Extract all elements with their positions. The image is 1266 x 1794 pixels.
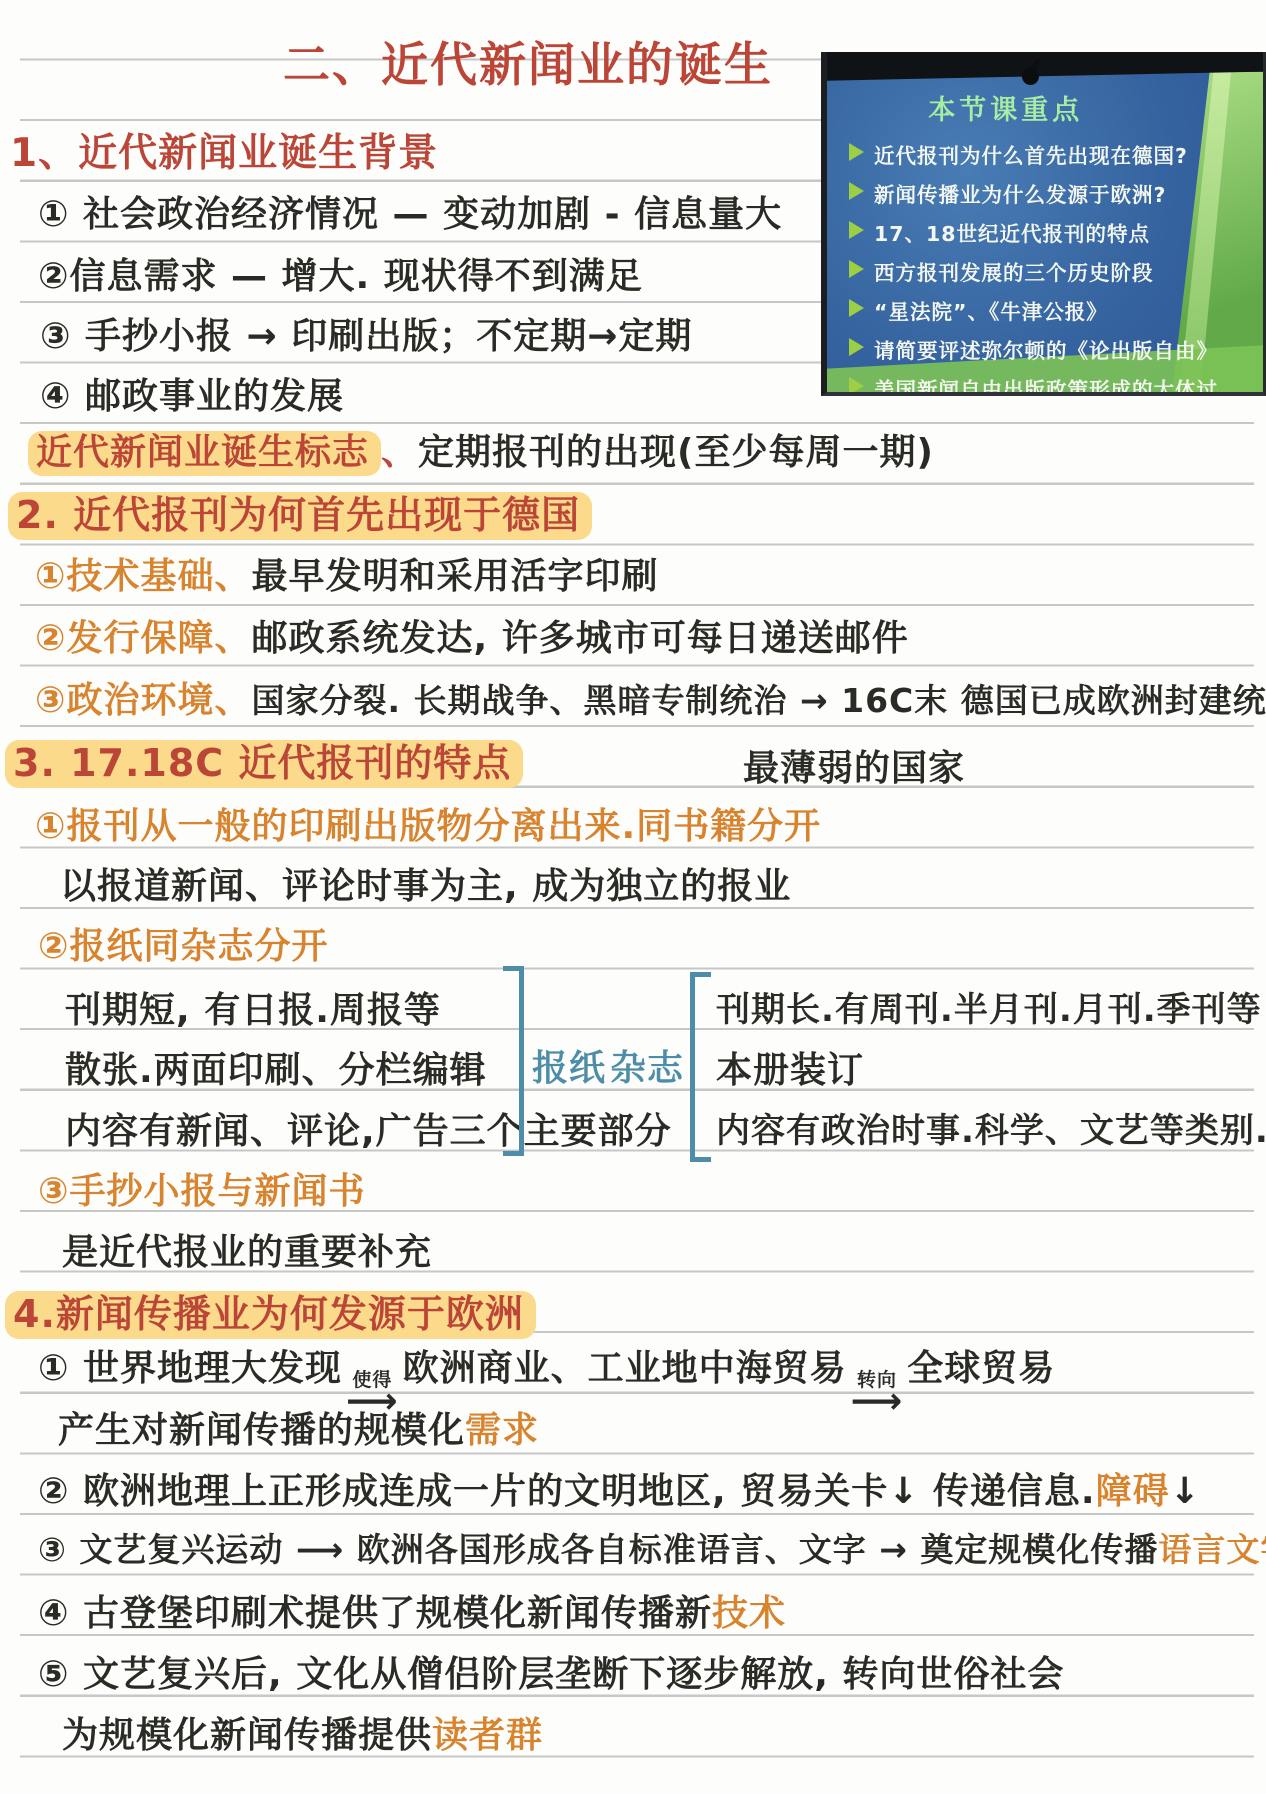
- bullet-triangle-icon: [849, 143, 864, 161]
- lesson-slide-photo: 本节课重点 近代报刊为什么首先出现在德国? 新闻传播业为什么发源于欧洲? 17、…: [821, 52, 1266, 396]
- magazine-row-1: 刊期长.有周刊.半月刊.月刊.季刊等: [716, 982, 1262, 1031]
- section-4-heading: 4.新闻传播业为何发源于欧洲: [5, 1283, 536, 1338]
- bullet-triangle-icon: [849, 182, 864, 200]
- s1-mark-text: 定期报刊的出现(至少每周一期): [418, 432, 934, 473]
- s2-item-2-label: ②发行保障、: [35, 618, 251, 659]
- s4-item-1-end: 全球贸易: [907, 1348, 1055, 1389]
- bullet-triangle-icon: [849, 299, 864, 317]
- s4-item-4: ④ 古登堡印刷术提供了规模化新闻传播新技术: [38, 1585, 786, 1636]
- projector-screen-top-bar: [821, 52, 1266, 81]
- s4-item-1-pre: ① 世界地理大发现: [38, 1348, 342, 1389]
- s1-mark-label: 近代新闻业诞生标志: [28, 431, 381, 476]
- s4-item-2-text: ② 欧洲地理上正形成连成一片的文明地区, 贸易关卡↓ 传递信息.: [38, 1471, 1096, 1512]
- magazine-bracket: [690, 972, 711, 1162]
- arrow-shift-to: 转向⟶: [851, 1371, 904, 1414]
- s4-item-1-sub-text: 产生对新闻传播的规模化: [58, 1410, 465, 1451]
- section-1-heading: 1、近代新闻业诞生背景: [10, 122, 438, 178]
- s1-mark-sep: 、: [381, 432, 418, 473]
- page-title: 二、近代新闻业的诞生: [283, 28, 773, 95]
- slide-bullet-text: 近代报刊为什么首先出现在德国?: [874, 139, 1188, 169]
- s3-item-1-sub: 以报道新闻、评论时事为主, 成为独立的报业: [60, 858, 791, 909]
- slide-bullet: 近代报刊为什么首先出现在德国?: [849, 139, 1239, 169]
- s3-item-3-sub: 是近代报业的重要补充: [62, 1224, 432, 1275]
- notes-page: 二、近代新闻业的诞生 1、近代新闻业诞生背景 ① 社会政治经济情况 — 变动加剧…: [0, 0, 1266, 1794]
- s4-item-1-mid: 欧洲商业、工业地中海贸易: [403, 1348, 847, 1389]
- s4-item-5-sub-emphasis: 读者群: [432, 1715, 543, 1756]
- slide-bullet: 17、18世纪近代报刊的特点: [849, 217, 1239, 247]
- s1-mark-line: 近代新闻业诞生标志、定期报刊的出现(至少每周一期): [28, 424, 934, 475]
- section-2-heading: 2. 近代报刊为何首先出现于德国: [8, 484, 592, 539]
- slide-bullet-text: 请简要评述弥尔顿的《论出版自由》: [874, 334, 1218, 364]
- s3-item-1: ①报刊从一般的印刷出版物分离出来.同书籍分开: [35, 798, 821, 849]
- s4-item-5-sub-text: 为规模化新闻传播提供: [62, 1715, 432, 1756]
- s3-item-2: ②报纸同杂志分开: [38, 918, 328, 969]
- s4-item-1-sub: 产生对新闻传播的规模化需求: [58, 1402, 539, 1453]
- s1-item-4: ④ 邮政事业的发展: [40, 368, 344, 419]
- s4-item-2-emphasis: 障碍: [1096, 1471, 1170, 1512]
- newspaper-row-3: 内容有新闻、评论,广告三个主要部分: [65, 1103, 672, 1154]
- bullet-triangle-icon: [849, 221, 864, 239]
- s4-item-2-tail: ↓: [1170, 1471, 1201, 1512]
- s2-item-3: ③政治环境、国家分裂. 长期战争、黑暗专制统治 → 16C末 德国已成欧洲封建统…: [35, 672, 1266, 723]
- slide-bullet: 美国新闻自由出版政策形成的大体过程: [849, 373, 1239, 396]
- s4-item-1-sub-emphasis: 需求: [465, 1410, 539, 1451]
- s2-item-1-text: 最早发明和采用活字印刷: [251, 556, 658, 597]
- magazine-row-2: 本册装订: [716, 1042, 864, 1093]
- s2-item-3-continuation: 最薄弱的国家: [743, 740, 965, 791]
- s4-item-3-emphasis: 语言文字基础: [1158, 1530, 1266, 1569]
- s4-item-5-sub: 为规模化新闻传播提供读者群: [62, 1707, 543, 1758]
- slide-bullet-text: 西方报刊发展的三个历史阶段: [874, 256, 1154, 286]
- bullet-triangle-icon: [849, 377, 864, 395]
- slide-bullet: 请简要评述弥尔顿的《论出版自由》: [849, 334, 1239, 364]
- s2-item-3-text: 国家分裂. 长期战争、黑暗专制统治 → 16C末 德国已成欧洲封建统治势力: [251, 681, 1266, 720]
- s4-item-2: ② 欧洲地理上正形成连成一片的文明地区, 贸易关卡↓ 传递信息.障碍↓: [38, 1463, 1201, 1514]
- s2-item-2: ②发行保障、邮政系统发达, 许多城市可每日递送邮件: [35, 610, 909, 661]
- section-3-heading: 3. 17.18C 近代报刊的特点: [5, 732, 523, 787]
- slide-bullet-text: 17、18世纪近代报刊的特点: [874, 217, 1150, 247]
- newspaper-row-2: 散张.两面印刷、分栏编辑: [65, 1042, 487, 1093]
- bullet-triangle-icon: [849, 260, 864, 278]
- arrow-right-icon: ⟶: [851, 1390, 904, 1414]
- newspaper-bracket: [503, 966, 524, 1156]
- s3-item-3: ③手抄小报与新闻书: [38, 1163, 365, 1214]
- bullet-triangle-icon: [849, 338, 864, 356]
- s1-item-3: ③ 手抄小报 → 印刷出版；不定期→定期: [40, 308, 692, 359]
- s2-item-2-text: 邮政系统发达, 许多城市可每日递送邮件: [251, 618, 908, 659]
- s4-item-4-text: ④ 古登堡印刷术提供了规模化新闻传播新: [38, 1593, 712, 1634]
- s1-item-1: ① 社会政治经济情况 — 变动加剧 - 信息量大: [38, 186, 782, 237]
- newspaper-column-label: 报纸: [532, 1040, 606, 1091]
- newspaper-row-1: 刊期短, 有日报.周报等: [65, 982, 441, 1033]
- magazine-column-label: 杂志: [610, 1040, 684, 1091]
- s4-item-4-emphasis: 技术: [712, 1593, 786, 1634]
- s2-item-3-label: ③政治环境、: [35, 680, 251, 721]
- slide-bullet: 新闻传播业为什么发源于欧洲?: [849, 178, 1239, 208]
- slide-bullet: “星法院”、《牛津公报》: [849, 295, 1239, 325]
- magazine-row-3: 内容有政治时事.科学、文艺等类别.: [716, 1103, 1266, 1152]
- slide-bullet-list: 近代报刊为什么首先出现在德国? 新闻传播业为什么发源于欧洲? 17、18世纪近代…: [849, 130, 1239, 396]
- slide-bullet-text: 美国新闻自由出版政策形成的大体过程: [874, 373, 1239, 396]
- s4-item-3: ③ 文艺复兴运动 ⟶ 欧洲各国形成各自标准语言、文字 → 奠定规模化传播语言文字…: [38, 1524, 1266, 1571]
- s4-item-3-text: ③ 文艺复兴运动 ⟶ 欧洲各国形成各自标准语言、文字 → 奠定规模化传播: [38, 1530, 1158, 1569]
- slide-title: 本节课重点: [827, 88, 1185, 127]
- slide-bullet-text: “星法院”、《牛津公报》: [874, 295, 1108, 325]
- slide-bullet: 西方报刊发展的三个历史阶段: [849, 256, 1239, 286]
- s2-item-1-label: ①技术基础、: [35, 556, 251, 597]
- s2-item-1: ①技术基础、最早发明和采用活字印刷: [35, 548, 659, 599]
- s1-item-2: ②信息需求 — 增大. 现状得不到满足: [38, 248, 643, 299]
- s4-item-5: ⑤ 文艺复兴后, 文化从僧侣阶层垄断下逐步解放, 转向世俗社会: [38, 1646, 1064, 1697]
- slide-bullet-text: 新闻传播业为什么发源于欧洲?: [874, 178, 1166, 208]
